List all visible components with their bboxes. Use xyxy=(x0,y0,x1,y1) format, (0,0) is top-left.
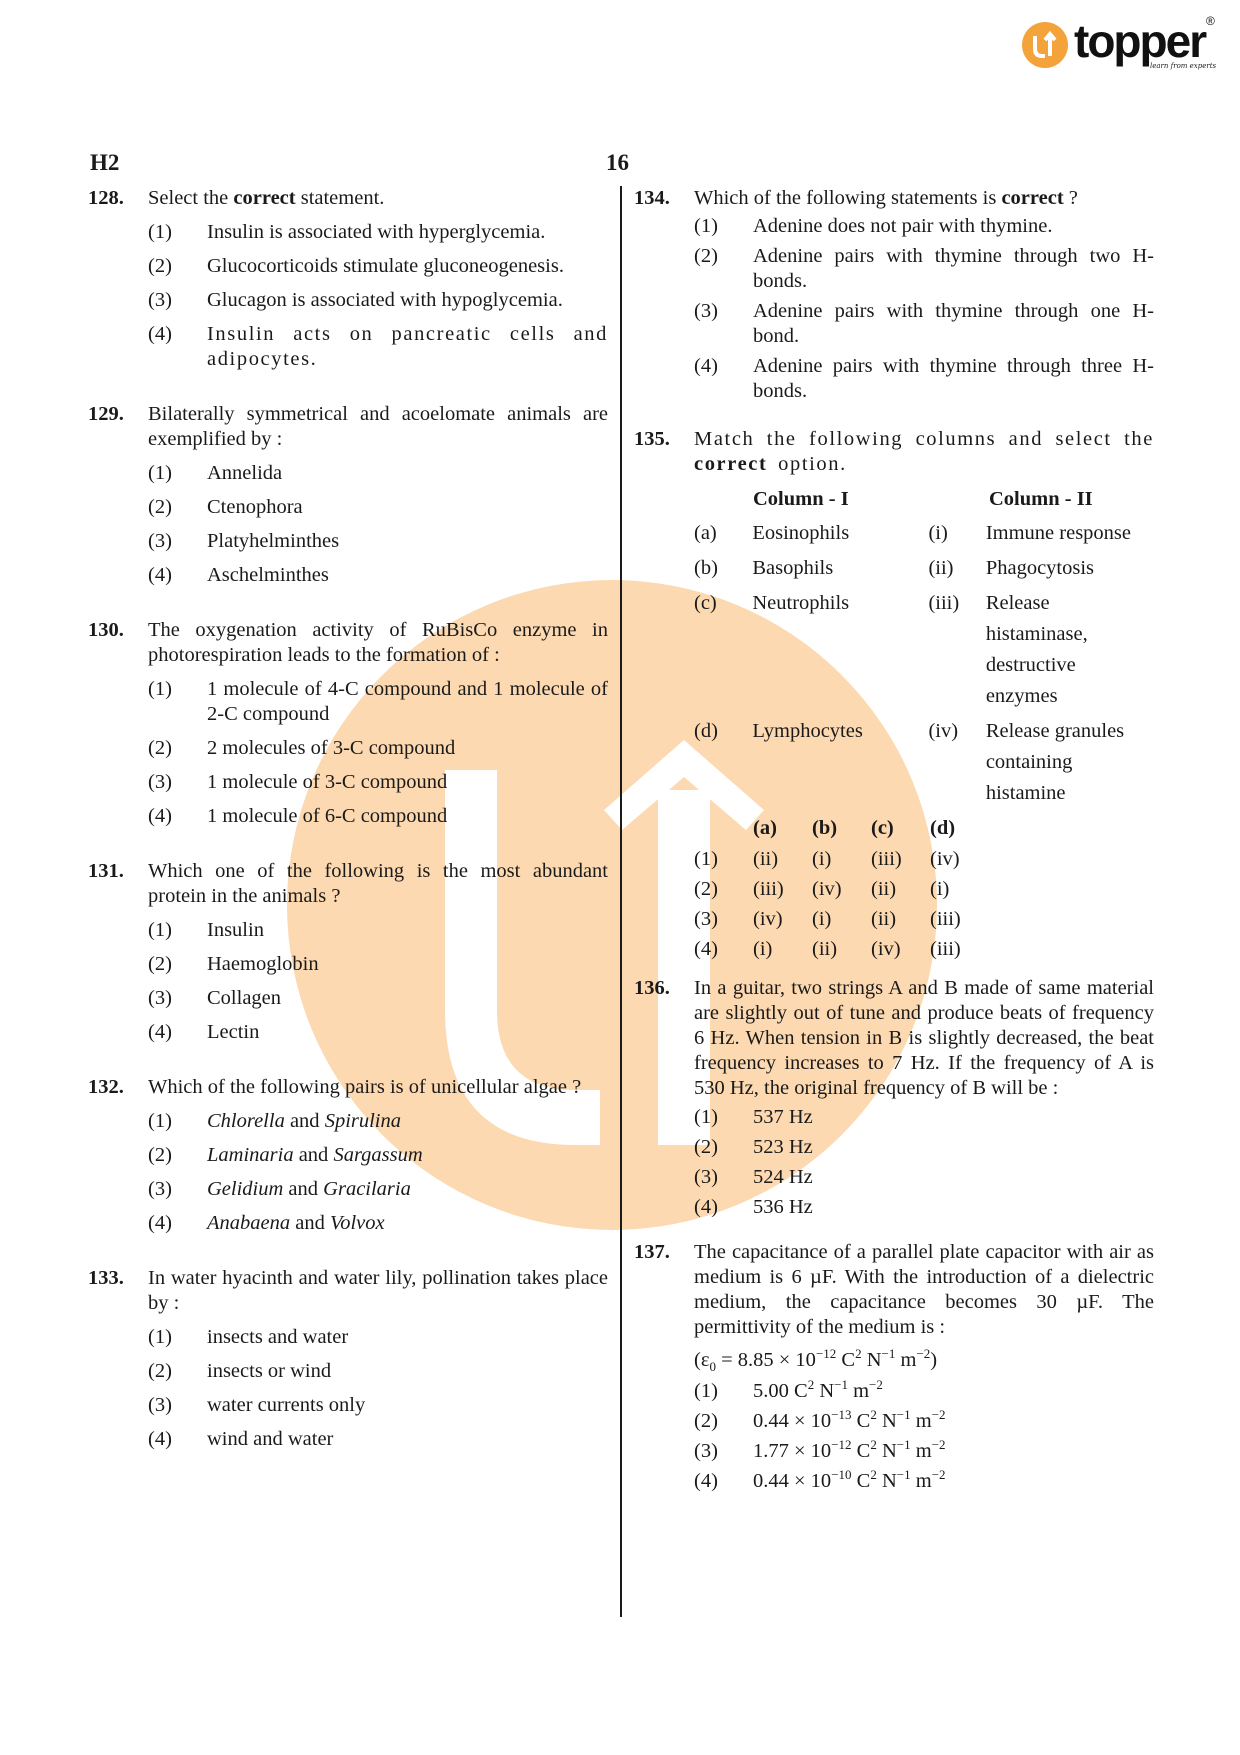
answer-cell: (iv) xyxy=(753,904,812,934)
text-run: m xyxy=(911,1410,932,1432)
option-number: (2) xyxy=(148,1359,172,1384)
superscript: −2 xyxy=(916,1346,930,1361)
options-list: (1)Annelida(2)Ctenophora(3)Platyhelminth… xyxy=(148,461,608,588)
option-text: Insulin acts on pancreatic cells and adi… xyxy=(207,322,608,372)
question-text: Select the correct statement. xyxy=(148,186,608,211)
question-131: 131.Which one of the following is the mo… xyxy=(88,859,608,1045)
text-run: The capacitance of a parallel plate capa… xyxy=(694,1241,1154,1338)
text-run: Glucocorticoids stimulate gluconeogenesi… xyxy=(207,255,564,277)
text-run: statement. xyxy=(296,187,385,209)
match-column-headers: Column - I Column - II xyxy=(753,487,1154,512)
option-text: insects or wind xyxy=(207,1359,608,1384)
option-number: (3) xyxy=(148,770,172,795)
option-item[interactable]: (2)Adenine pairs with thymine through tw… xyxy=(694,244,1154,294)
answer-cell: (iii) xyxy=(753,874,812,904)
option-item[interactable]: (3)Collagen xyxy=(148,986,608,1011)
text-run: Platyhelminthes xyxy=(207,530,339,552)
text-run: m xyxy=(911,1440,932,1462)
text-run: C xyxy=(852,1470,871,1492)
text-run: option. xyxy=(767,453,846,475)
superscript: −12 xyxy=(831,1437,851,1452)
match-row: (c)Neutrophils(iii)Releasehistaminase,de… xyxy=(634,588,1154,712)
option-item[interactable]: (3)Adenine pairs with thymine through on… xyxy=(694,299,1154,349)
option-text: 1 molecule of 6-C compound xyxy=(207,804,608,829)
superscript: −2 xyxy=(932,1437,946,1452)
question-text: Which of the following pairs is of unice… xyxy=(148,1075,608,1100)
text-run: and xyxy=(290,1212,330,1234)
text-run: Adenine pairs with thymine through one H… xyxy=(753,300,1154,347)
question-132: 132.Which of the following pairs is of u… xyxy=(88,1075,608,1236)
option-number: (2) xyxy=(694,244,718,269)
column-1-item: Eosinophils xyxy=(752,518,928,549)
row-roman: (iii) xyxy=(928,588,985,712)
option-number: (1) xyxy=(148,220,172,245)
answer-cell: (iii) xyxy=(930,904,989,934)
option-text: 0.44 × 10−10 C2 N−1 m−2 xyxy=(753,1469,1154,1494)
italic-text: Anabaena xyxy=(207,1212,290,1234)
option-number: (1) xyxy=(148,677,172,702)
option-item[interactable]: (4)Adenine pairs with thymine through th… xyxy=(694,354,1154,404)
option-number: (1) xyxy=(694,844,753,874)
text-run: and xyxy=(294,1144,334,1166)
option-number: (3) xyxy=(148,1177,172,1202)
option-number: (4) xyxy=(694,934,753,964)
column-divider xyxy=(620,186,622,1617)
option-item[interactable]: (3)1.77 × 10−12 C2 N−1 m−2 xyxy=(694,1439,1154,1464)
text-run: 524 Hz xyxy=(753,1166,813,1188)
question-text: The oxygenation activity of RuBisCo enzy… xyxy=(148,618,608,668)
options-list: (1)Adenine does not pair with thymine.(2… xyxy=(694,214,1154,404)
option-number: (2) xyxy=(694,874,753,904)
option-item[interactable]: (3)1 molecule of 3-C compound xyxy=(148,770,608,795)
column-2-line: destructive xyxy=(986,650,1154,681)
text-run: 1 molecule of 4-C compound and 1 molecul… xyxy=(207,678,608,725)
italic-text: Chlorella xyxy=(207,1110,285,1132)
text-run: ) xyxy=(930,1349,937,1371)
italic-text: Gelidium xyxy=(207,1178,283,1200)
page-number: 16 xyxy=(606,150,629,176)
match-row: (d)Lymphocytes(iv)Release granulescontai… xyxy=(634,716,1154,809)
question-text: The capacitance of a parallel plate capa… xyxy=(694,1240,1154,1340)
option-text: 537 Hz xyxy=(753,1105,1154,1130)
option-number: (3) xyxy=(694,1439,718,1464)
text-run: water currents only xyxy=(207,1394,365,1416)
option-text: 1.77 × 10−12 C2 N−1 m−2 xyxy=(753,1439,1154,1464)
option-text: 536 Hz xyxy=(753,1195,1154,1220)
option-number: (4) xyxy=(148,1020,172,1045)
answer-cell: (iv) xyxy=(930,844,989,874)
question-number: 137. xyxy=(634,1240,670,1265)
text-run: 523 Hz xyxy=(753,1136,813,1158)
text-run: 536 Hz xyxy=(753,1196,813,1218)
option-item[interactable]: (2)Ctenophora xyxy=(148,495,608,520)
paper-code: H2 xyxy=(90,150,119,176)
option-text: Chlorella and Spirulina xyxy=(207,1109,608,1134)
option-number: (4) xyxy=(694,1195,718,1220)
superscript: −12 xyxy=(816,1346,836,1361)
question-133: 133.In water hyacinth and water lily, po… xyxy=(88,1266,608,1452)
answer-header-cell: (c) xyxy=(871,813,930,844)
option-item[interactable]: (1)Annelida xyxy=(148,461,608,486)
answer-cell: (ii) xyxy=(871,874,930,904)
question-137: 137.The capacitance of a parallel plate … xyxy=(634,1240,1154,1494)
option-item[interactable]: (3)water currents only xyxy=(148,1393,608,1418)
italic-text: Gracilaria xyxy=(323,1178,411,1200)
italic-text: Sargassum xyxy=(333,1144,422,1166)
question-128: 128.Select the correct statement.(1)Insu… xyxy=(88,186,608,372)
superscript: −1 xyxy=(834,1377,848,1392)
question-text: In water hyacinth and water lily, pollin… xyxy=(148,1266,608,1316)
row-label: (d) xyxy=(694,716,752,809)
text-run: Ctenophora xyxy=(207,496,303,518)
row-roman: (ii) xyxy=(928,553,985,584)
row-label: (b) xyxy=(694,553,752,584)
answer-option[interactable]: (4)(i)(ii)(iv)(iii) xyxy=(634,934,1154,964)
option-number: (1) xyxy=(148,1109,172,1134)
option-item[interactable]: (4)Aschelminthes xyxy=(148,563,608,588)
text-run: 2 molecules of 3-C compound xyxy=(207,737,455,759)
option-number: (1) xyxy=(694,214,718,239)
option-item[interactable]: (1)Chlorella and Spirulina xyxy=(148,1109,608,1134)
text-run: insects or wind xyxy=(207,1360,331,1382)
text-run: 1.77 × 10 xyxy=(753,1440,831,1462)
option-text: Insulin is associated with hyperglycemia… xyxy=(207,220,608,245)
option-number: (3) xyxy=(148,1393,172,1418)
text-run: Annelida xyxy=(207,462,282,484)
option-number: (4) xyxy=(148,1211,172,1236)
match-table: (a)Eosinophils(i)Immune response(b)Basop… xyxy=(634,518,1154,809)
text-run: C xyxy=(836,1349,855,1371)
option-text: Adenine does not pair with thymine. xyxy=(753,214,1154,239)
option-text: 1 molecule of 3-C compound xyxy=(207,770,608,795)
text-run: m xyxy=(848,1380,869,1402)
question-number: 135. xyxy=(634,427,670,452)
option-number: (2) xyxy=(148,495,172,520)
text-run: N xyxy=(862,1349,882,1371)
option-text: Annelida xyxy=(207,461,608,486)
option-number: (1) xyxy=(694,1105,718,1130)
answer-header-cell: (b) xyxy=(812,813,871,844)
option-text: Adenine pairs with thymine through one H… xyxy=(753,299,1154,349)
option-item[interactable]: (1)1 molecule of 4-C compound and 1 mole… xyxy=(148,677,608,727)
text-run: N xyxy=(877,1470,897,1492)
topper-logo: topper ® learn from experts xyxy=(1022,18,1232,78)
options-list: (1)Insulin is associated with hyperglyce… xyxy=(148,220,608,372)
option-number: (4) xyxy=(694,1469,718,1494)
column-2-item: Release granulescontaininghistamine xyxy=(986,716,1154,809)
option-item[interactable]: (1)insects and water xyxy=(148,1325,608,1350)
option-number: (2) xyxy=(148,1143,172,1168)
option-text: insects and water xyxy=(207,1325,608,1350)
question-text: Match the following columns and select t… xyxy=(694,427,1154,477)
option-text: Lectin xyxy=(207,1020,608,1045)
text-run: Insulin xyxy=(207,919,264,941)
answer-cell: (i) xyxy=(812,904,871,934)
question-134: 134.Which of the following statements is… xyxy=(634,186,1154,404)
column-2-item: Phagocytosis xyxy=(986,553,1154,584)
text-run: and xyxy=(285,1110,325,1132)
option-number: (4) xyxy=(148,1427,172,1452)
text-run: The oxygenation activity of RuBisCo enzy… xyxy=(148,619,608,666)
answer-option[interactable]: (2)(iii)(iv)(ii)(i) xyxy=(634,874,1154,904)
option-item[interactable]: (3)Platyhelminthes xyxy=(148,529,608,554)
option-text: 523 Hz xyxy=(753,1135,1154,1160)
option-text: Glucocorticoids stimulate gluconeogenesi… xyxy=(207,254,608,279)
text-run: and xyxy=(283,1178,323,1200)
question-number: 129. xyxy=(88,402,124,427)
text-run: 0.44 × 10 xyxy=(753,1410,831,1432)
question-text: Bilaterally symmetrical and acoelomate a… xyxy=(148,402,608,452)
option-item[interactable]: (3)Glucagon is associated with hypoglyce… xyxy=(148,288,608,313)
option-number: (1) xyxy=(148,918,172,943)
answer-cell: (ii) xyxy=(753,844,812,874)
option-number: (2) xyxy=(694,1135,718,1160)
question-text: Which of the following statements is cor… xyxy=(694,186,1154,211)
superscript: −1 xyxy=(897,1437,911,1452)
column-1-item: Neutrophils xyxy=(752,588,928,712)
text-run: Lectin xyxy=(207,1021,259,1043)
option-number: (3) xyxy=(694,904,753,934)
option-text: 1 molecule of 4-C compound and 1 molecul… xyxy=(207,677,608,727)
question-number: 133. xyxy=(88,1266,124,1291)
option-text: Laminaria and Sargassum xyxy=(207,1143,608,1168)
text-run: 1 molecule of 6-C compound xyxy=(207,805,447,827)
answer-cell: (ii) xyxy=(812,934,871,964)
answer-header-cell: (d) xyxy=(930,813,989,844)
text-run: Which of the following pairs is of unice… xyxy=(148,1076,581,1098)
option-item[interactable]: (1)5.00 C2 N−1 m−2 xyxy=(694,1379,1154,1404)
option-text: 0.44 × 10−13 C2 N−1 m−2 xyxy=(753,1409,1154,1434)
text-run: Bilaterally symmetrical and acoelomate a… xyxy=(148,403,608,450)
text-run: Match the following columns and select t… xyxy=(694,428,1154,450)
row-roman: (iv) xyxy=(928,716,985,809)
option-number: (2) xyxy=(694,1409,718,1434)
option-number: (4) xyxy=(148,563,172,588)
option-text: Glucagon is associated with hypoglycemia… xyxy=(207,288,608,313)
option-item[interactable]: (1)Adenine does not pair with thymine. xyxy=(694,214,1154,239)
option-item[interactable]: (2)0.44 × 10−13 C2 N−1 m−2 xyxy=(694,1409,1154,1434)
question-135: 135. Match the following columns and sel… xyxy=(634,427,1154,964)
text-run: 537 Hz xyxy=(753,1106,813,1128)
bold-text: correct xyxy=(694,453,767,475)
answer-header-row: (a)(b)(c)(d) xyxy=(634,813,1154,844)
answer-option[interactable]: (1)(ii)(i)(iii)(iv) xyxy=(634,844,1154,874)
column-2-line: Release xyxy=(986,588,1154,619)
text-run: Aschelminthes xyxy=(207,564,329,586)
options-list: (1)537 Hz(2)523 Hz(3)524 Hz(4)536 Hz xyxy=(694,1105,1154,1220)
text-run: 5.00 C xyxy=(753,1380,808,1402)
column-1-header: Column - I xyxy=(753,487,989,512)
column-2-line: histaminase, xyxy=(986,619,1154,650)
option-item[interactable]: (4)Anabaena and Volvox xyxy=(148,1211,608,1236)
u-arrow-logo-icon xyxy=(1022,22,1068,68)
options-list: (1)Insulin(2)Haemoglobin(3)Collagen(4)Le… xyxy=(148,918,608,1045)
option-item[interactable]: (1)Insulin xyxy=(148,918,608,943)
column-2-line: containing xyxy=(986,747,1154,778)
option-text: Aschelminthes xyxy=(207,563,608,588)
option-text: 524 Hz xyxy=(753,1165,1154,1190)
option-text: Adenine pairs with thymine through two H… xyxy=(753,244,1154,294)
option-number: (3) xyxy=(694,1165,718,1190)
option-item[interactable]: (1)537 Hz xyxy=(694,1105,1154,1130)
option-text: Adenine pairs with thymine through three… xyxy=(753,354,1154,404)
option-text: 2 molecules of 3-C compound xyxy=(207,736,608,761)
column-1-item: Basophils xyxy=(752,553,928,584)
option-text: 5.00 C2 N−1 m−2 xyxy=(753,1379,1154,1404)
options-list: (1)5.00 C2 N−1 m−2(2)0.44 × 10−13 C2 N−1… xyxy=(694,1379,1154,1494)
brand-tagline: learn from experts xyxy=(1150,62,1216,70)
superscript: −2 xyxy=(932,1407,946,1422)
question-text: Which one of the following is the most a… xyxy=(148,859,608,909)
option-number: (2) xyxy=(148,952,172,977)
option-number: (1) xyxy=(148,1325,172,1350)
bold-text: correct xyxy=(1001,187,1063,209)
answer-cell: (iii) xyxy=(930,934,989,964)
text-run: Adenine does not pair with thymine. xyxy=(753,215,1052,237)
text-run: wind and water xyxy=(207,1428,333,1450)
text-run: Which one of the following is the most a… xyxy=(148,860,608,907)
text-run: = 8.85 × 10 xyxy=(716,1349,816,1371)
column-2-line: Phagocytosis xyxy=(986,553,1154,584)
answer-cell: (iv) xyxy=(812,874,871,904)
superscript: −10 xyxy=(831,1467,851,1482)
option-number: (2) xyxy=(148,254,172,279)
row-label: (c) xyxy=(694,588,752,712)
question-number: 134. xyxy=(634,186,670,211)
row-roman: (i) xyxy=(928,518,985,549)
option-item[interactable]: (3)Gelidium and Gracilaria xyxy=(148,1177,608,1202)
option-text: Gelidium and Gracilaria xyxy=(207,1177,608,1202)
option-number: (1) xyxy=(694,1379,718,1404)
option-item[interactable]: (4)wind and water xyxy=(148,1427,608,1452)
text-run: (ε xyxy=(694,1349,709,1371)
brand-name: topper xyxy=(1074,14,1205,68)
superscript: −1 xyxy=(897,1407,911,1422)
superscript: −2 xyxy=(869,1377,883,1392)
registered-mark: ® xyxy=(1206,14,1215,28)
option-item[interactable]: (4)Insulin acts on pancreatic cells and … xyxy=(148,322,608,372)
column-1-item: Lymphocytes xyxy=(752,716,928,809)
option-item[interactable]: (2)insects or wind xyxy=(148,1359,608,1384)
text-run: Insulin is associated with hyperglycemia… xyxy=(207,221,545,243)
options-list: (1)Chlorella and Spirulina(2)Laminaria a… xyxy=(148,1109,608,1236)
column-2-line: histamine xyxy=(986,778,1154,809)
question-number: 136. xyxy=(634,976,670,1001)
option-item[interactable]: (4)Lectin xyxy=(148,1020,608,1045)
question-130: 130.The oxygenation activity of RuBisCo … xyxy=(88,618,608,829)
text-run: N xyxy=(877,1440,897,1462)
option-text: Platyhelminthes xyxy=(207,529,608,554)
superscript: −2 xyxy=(932,1467,946,1482)
superscript: −1 xyxy=(897,1467,911,1482)
option-item[interactable]: (2)523 Hz xyxy=(694,1135,1154,1160)
text-run: Adenine pairs with thymine through two H… xyxy=(753,245,1154,292)
text-run: insects and water xyxy=(207,1326,348,1348)
text-run: Haemoglobin xyxy=(207,953,319,975)
option-text: Ctenophora xyxy=(207,495,608,520)
text-run: Which of the following statements is xyxy=(694,187,1001,209)
text-run: In water hyacinth and water lily, pollin… xyxy=(148,1267,608,1314)
spacer xyxy=(694,813,753,844)
text-run: m xyxy=(895,1349,916,1371)
column-2-header: Column - II xyxy=(989,487,1093,512)
text-run: Glucagon is associated with hypoglycemia… xyxy=(207,289,563,311)
superscript: −13 xyxy=(831,1407,851,1422)
text-run: Insulin acts on pancreatic cells and adi… xyxy=(207,323,608,370)
options-list: (1)insects and water(2)insects or wind(3… xyxy=(148,1325,608,1452)
row-label: (a) xyxy=(694,518,752,549)
answer-cell: (ii) xyxy=(871,904,930,934)
question-text: In a guitar, two strings A and B made of… xyxy=(694,976,1154,1101)
question-number: 131. xyxy=(88,859,124,884)
question-129: 129.Bilaterally symmetrical and acoeloma… xyxy=(88,402,608,588)
answer-cell: (iv) xyxy=(871,934,930,964)
italic-text: Laminaria xyxy=(207,1144,294,1166)
option-item[interactable]: (3)524 Hz xyxy=(694,1165,1154,1190)
superscript: −1 xyxy=(882,1346,896,1361)
option-item[interactable]: (4)1 molecule of 6-C compound xyxy=(148,804,608,829)
option-number: (2) xyxy=(148,736,172,761)
answer-option[interactable]: (3)(iv)(i)(ii)(iii) xyxy=(634,904,1154,934)
text-run: 0.44 × 10 xyxy=(753,1470,831,1492)
text-run: Select the xyxy=(148,187,233,209)
option-item[interactable]: (4)536 Hz xyxy=(694,1195,1154,1220)
question-number: 128. xyxy=(88,186,124,211)
left-column: 128.Select the correct statement.(1)Insu… xyxy=(88,186,608,1452)
answer-cell: (i) xyxy=(753,934,812,964)
text-run: C xyxy=(852,1410,871,1432)
text-run: m xyxy=(911,1470,932,1492)
option-text: wind and water xyxy=(207,1427,608,1452)
option-item[interactable]: (2)2 molecules of 3-C compound xyxy=(148,736,608,761)
option-number: (4) xyxy=(694,354,718,379)
text-run: Adenine pairs with thymine through three… xyxy=(753,355,1154,402)
option-number: (3) xyxy=(694,299,718,324)
option-number: (3) xyxy=(148,529,172,554)
option-item[interactable]: (4)0.44 × 10−10 C2 N−1 m−2 xyxy=(694,1469,1154,1494)
answer-header-cell: (a) xyxy=(753,813,812,844)
option-item[interactable]: (1)Insulin is associated with hyperglyce… xyxy=(148,220,608,245)
answer-cell: (i) xyxy=(930,874,989,904)
text-run: Collagen xyxy=(207,987,281,1009)
option-text: Collagen xyxy=(207,986,608,1011)
answer-options-grid: (a)(b)(c)(d)(1)(ii)(i)(iii)(iv)(2)(iii)(… xyxy=(634,813,1154,964)
question-136: 136.In a guitar, two strings A and B mad… xyxy=(634,976,1154,1220)
column-2-item: Releasehistaminase,destructiveenzymes xyxy=(986,588,1154,712)
text-run: In a guitar, two strings A and B made of… xyxy=(694,977,1154,1099)
column-2-line: enzymes xyxy=(986,681,1154,712)
question-number: 130. xyxy=(88,618,124,643)
option-item[interactable]: (2)Laminaria and Sargassum xyxy=(148,1143,608,1168)
option-item[interactable]: (2)Haemoglobin xyxy=(148,952,608,977)
options-list: (1)1 molecule of 4-C compound and 1 mole… xyxy=(148,677,608,829)
option-text: Haemoglobin xyxy=(207,952,608,977)
right-column: 134.Which of the following statements is… xyxy=(634,186,1154,1494)
option-text: Insulin xyxy=(207,918,608,943)
match-row: (a)Eosinophils(i)Immune response xyxy=(634,518,1154,549)
text-run: N xyxy=(814,1380,834,1402)
option-text: water currents only xyxy=(207,1393,608,1418)
italic-text: Spirulina xyxy=(325,1110,401,1132)
given-constant: (ε0 = 8.85 × 10−12 C2 N−1 m−2) xyxy=(694,1348,1154,1373)
question-number: 132. xyxy=(88,1075,124,1100)
option-item[interactable]: (2)Glucocorticoids stimulate gluconeogen… xyxy=(148,254,608,279)
match-row: (b)Basophils(ii)Phagocytosis xyxy=(634,553,1154,584)
column-2-line: Immune response xyxy=(986,518,1154,549)
option-number: (4) xyxy=(148,322,172,347)
option-number: (1) xyxy=(148,461,172,486)
answer-cell: (iii) xyxy=(871,844,930,874)
